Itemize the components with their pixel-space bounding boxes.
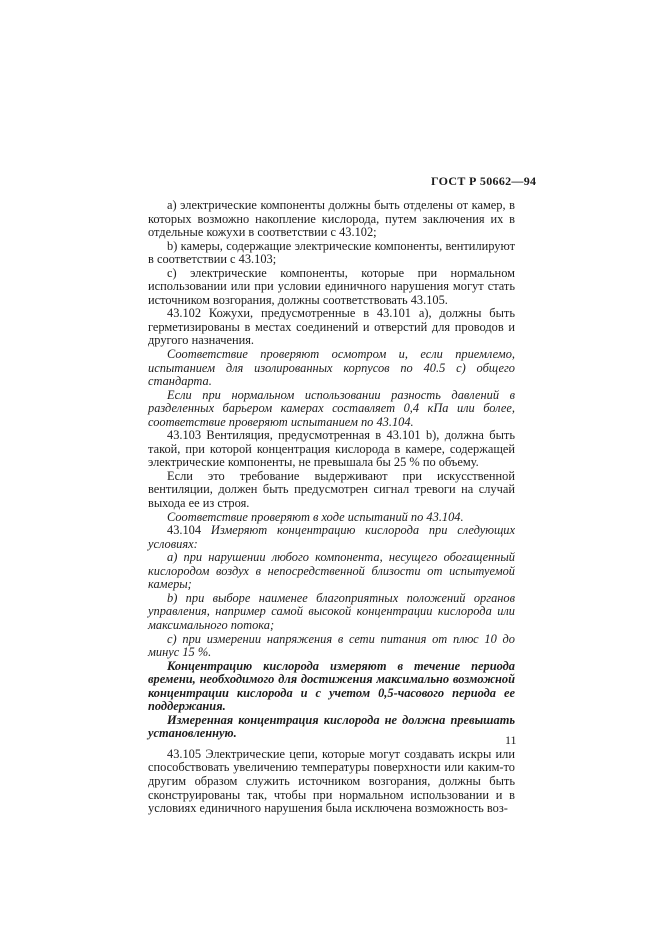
compliance-43-102-pressure: Если при нормальном использовании разнос… (148, 389, 515, 430)
measurement-limit: Измеренная концентрация кислорода не дол… (148, 714, 515, 741)
clause-43-101-c: c) электрические компоненты, которые при… (148, 267, 515, 308)
compliance-43-102: Соответствие проверяют осмотром и, если … (148, 348, 515, 389)
measurement-duration: Концентрацию кислорода измеряют в течени… (148, 660, 515, 714)
standard-header: ГОСТ Р 50662—94 (431, 174, 536, 189)
compliance-43-103: Соответствие проверяют в ходе испытаний … (148, 511, 515, 525)
clause-text: Измеряют концентрацию кислорода при след… (148, 523, 515, 551)
document-page: ГОСТ Р 50662—94 a) электрические компоне… (0, 0, 661, 935)
page-number: 11 (505, 733, 517, 748)
clause-43-101-b: b) камеры, содержащие электрические комп… (148, 240, 515, 267)
clause-43-105: 43.105 Электрические цепи, которые могут… (148, 748, 515, 816)
clause-43-101-a: a) электрические компоненты должны быть … (148, 199, 515, 240)
clause-43-103-ventilation-alarm: Если это требование выдерживают при иску… (148, 470, 515, 511)
clause-43-102: 43.102 Кожухи, предусмотренные в 43.101 … (148, 307, 515, 348)
document-body: a) электрические компоненты должны быть … (148, 199, 515, 816)
clause-43-104: 43.104 Измеряют концентрацию кислорода п… (148, 524, 515, 551)
clause-number: 43.104 (167, 523, 201, 537)
clause-43-104-a: а) при нарушении любого компонента, несу… (148, 551, 515, 592)
clause-43-104-c: c) при измерении напряжения в сети питан… (148, 633, 515, 660)
clause-43-103: 43.103 Вентиляция, предусмотренная в 43.… (148, 429, 515, 470)
clause-43-104-b: b) при выборе наименее благоприятных пол… (148, 592, 515, 633)
